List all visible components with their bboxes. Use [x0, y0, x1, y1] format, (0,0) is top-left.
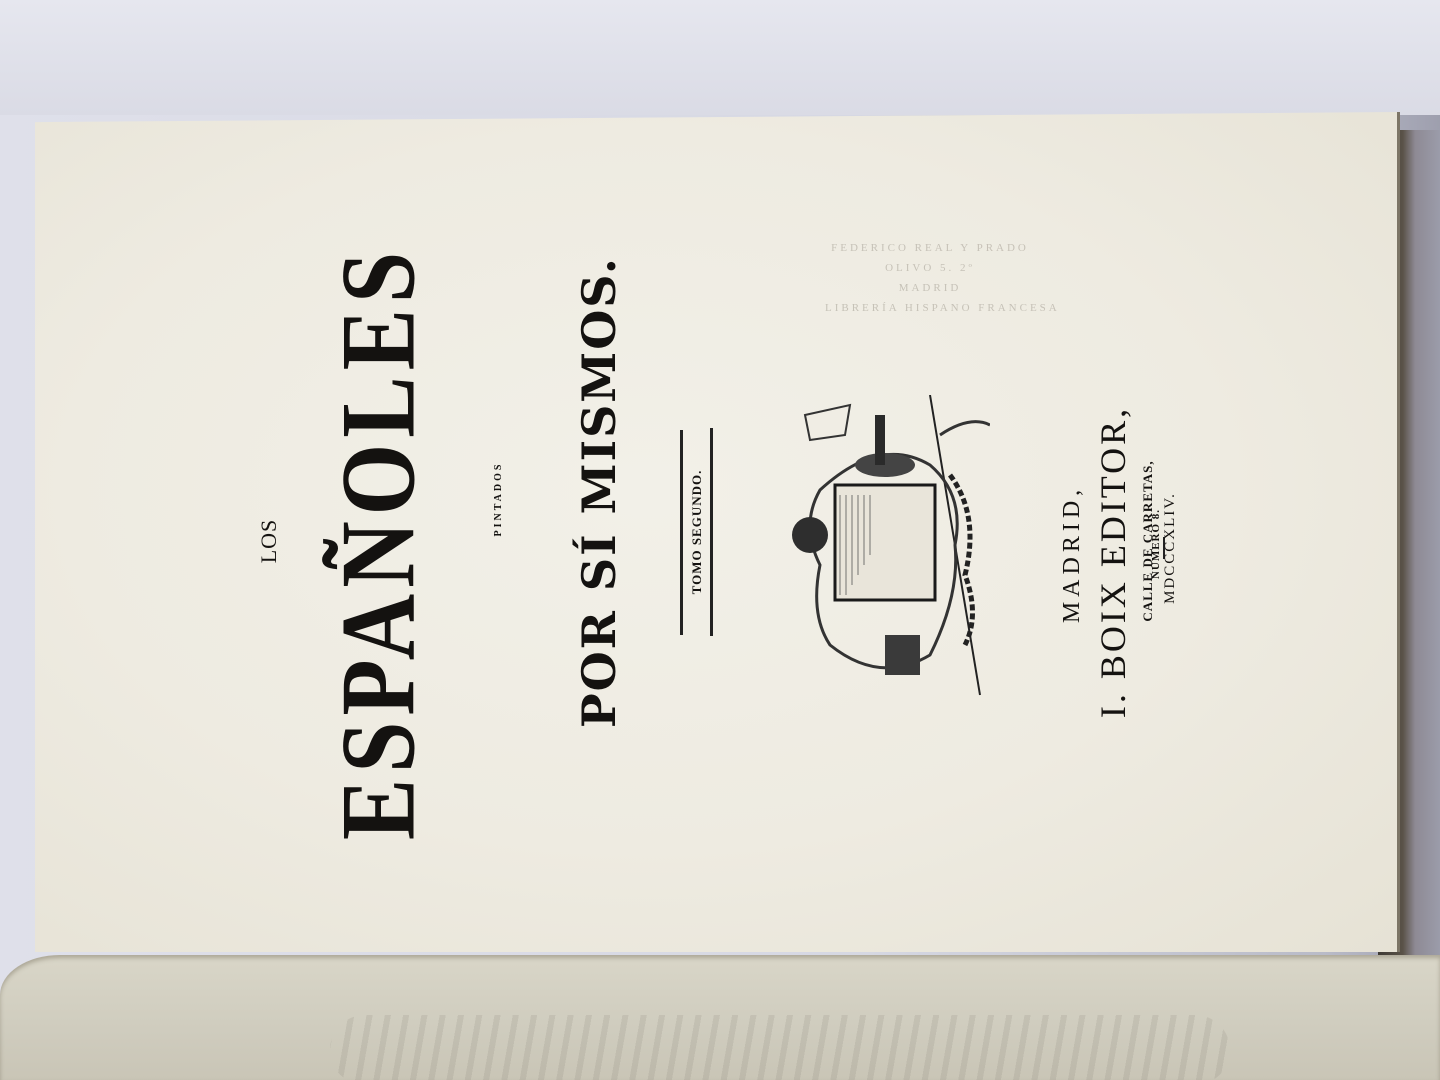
title-los: LOS	[256, 501, 284, 581]
imprint-publisher: I. BOIX EDITOR,	[1092, 402, 1136, 722]
engraved-vignette-icon	[790, 395, 990, 705]
rule-right	[710, 428, 713, 636]
stamp-line-4: LIBRERÍA HISPANO FRANCESA	[825, 298, 1035, 318]
stamp-line-2: OLIVO 5. 2º	[825, 258, 1035, 278]
title-pintados: PINTADOS	[493, 454, 507, 544]
stamp-line-3: MADRID	[825, 278, 1035, 298]
title-espanoles: ESPAÑOLES	[317, 243, 444, 843]
rule-left	[680, 430, 683, 635]
title-por-si-mismos: POR SÍ MISMOS.	[572, 348, 628, 728]
title-page	[35, 112, 1400, 952]
volume-label: TOMO SEGUNDO.	[689, 467, 707, 597]
facing-page	[0, 955, 1440, 1080]
show-through-illustration	[330, 1015, 1230, 1080]
backdrop	[0, 0, 1440, 115]
imprint-year: MDCCCXLIV.	[1162, 483, 1182, 613]
blind-stamp: FEDERICO REAL Y PRADO OLIVO 5. 2º MADRID…	[825, 238, 1035, 343]
imprint-city: MADRID,	[1059, 464, 1091, 644]
stamp-line-1: FEDERICO REAL Y PRADO	[825, 238, 1035, 258]
